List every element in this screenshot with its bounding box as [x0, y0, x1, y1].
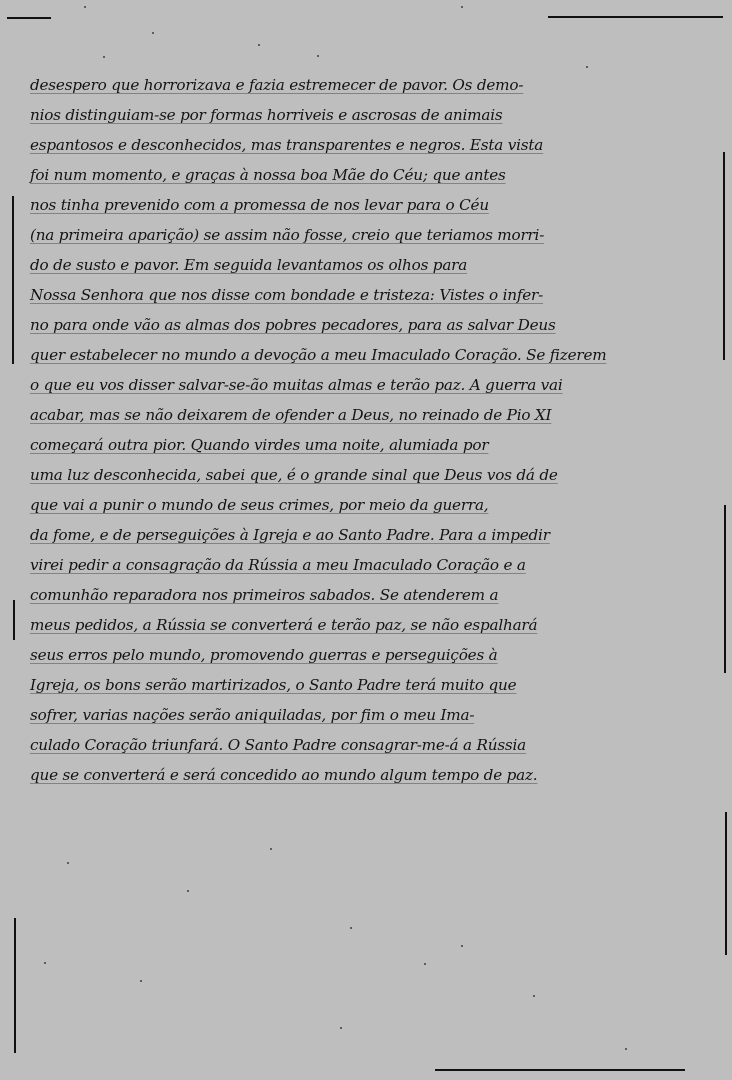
scan-speck	[424, 963, 426, 965]
manuscript-line: Nossa Senhora que nos disse com bondade …	[30, 280, 710, 310]
manuscript-line: (na primeira aparição) se assim não foss…	[30, 220, 710, 250]
scan-speck	[44, 962, 46, 964]
scan-speck	[270, 848, 272, 850]
manuscript-line: sofrer, varias nações serão aniquiladas,…	[30, 700, 710, 730]
manuscript-line: foi num momento, e graças à nossa boa Mã…	[30, 160, 710, 190]
left-margin-rule-bottom	[14, 918, 16, 1053]
scan-speck	[84, 6, 86, 8]
bottom-rule	[435, 1069, 685, 1071]
scan-speck	[461, 6, 463, 8]
top-right-rule	[548, 16, 723, 18]
manuscript-line: culado Coração triunfará. O Santo Padre …	[30, 730, 710, 760]
scan-speck	[103, 56, 105, 58]
manuscript-line: acabar, mas se não deixarem de ofender a…	[30, 400, 710, 430]
manuscript-line: da fome, e de perseguições à Igreja e ao…	[30, 520, 710, 550]
manuscript-line: começará outra pior. Quando virdes uma n…	[30, 430, 710, 460]
manuscript-line: desespero que horrorizava e fazia estrem…	[30, 70, 710, 100]
scan-speck	[67, 862, 69, 864]
scan-speck	[152, 32, 154, 34]
scan-speck	[187, 890, 189, 892]
manuscript-page: desespero que horrorizava e fazia estrem…	[0, 0, 732, 1080]
scan-speck	[340, 1027, 342, 1029]
left-margin-rule-lower	[13, 600, 15, 640]
scan-speck	[140, 980, 142, 982]
manuscript-line: nios distinguiam-se por formas horriveis…	[30, 100, 710, 130]
manuscript-line: Igreja, os bons serão martirizados, o Sa…	[30, 670, 710, 700]
left-margin-rule-upper	[12, 196, 14, 364]
scan-speck	[350, 927, 352, 929]
manuscript-line: nos tinha prevenido com a promessa de no…	[30, 190, 710, 220]
manuscript-line: uma luz desconhecida, sabei que, é o gra…	[30, 460, 710, 490]
right-margin-rule-upper	[723, 152, 725, 360]
scan-speck	[461, 945, 463, 947]
manuscript-line: quer estabelecer no mundo a devoção a me…	[30, 340, 710, 370]
scan-speck	[317, 55, 319, 57]
manuscript-line: o que eu vos disser salvar-se-ão muitas …	[30, 370, 710, 400]
manuscript-text: desespero que horrorizava e fazia estrem…	[30, 70, 710, 790]
manuscript-line: meus pedidos, a Rússia se converterá e t…	[30, 610, 710, 640]
scan-speck	[533, 995, 535, 997]
manuscript-line: que vai a punir o mundo de seus crimes, …	[30, 490, 710, 520]
right-margin-rule-lower	[725, 812, 727, 955]
manuscript-line: do de susto e pavor. Em seguida levantam…	[30, 250, 710, 280]
scan-speck	[625, 1048, 627, 1050]
manuscript-line: comunhão reparadora nos primeiros sabado…	[30, 580, 710, 610]
manuscript-line: seus erros pelo mundo, promovendo guerra…	[30, 640, 710, 670]
manuscript-line: que se converterá e será concedido ao mu…	[30, 760, 710, 790]
right-margin-rule-middle	[724, 505, 726, 673]
top-left-rule	[7, 17, 51, 19]
manuscript-line: no para onde vão as almas dos pobres pec…	[30, 310, 710, 340]
manuscript-line: espantosos e desconhecidos, mas transpar…	[30, 130, 710, 160]
scan-speck	[586, 66, 588, 68]
manuscript-line: virei pedir a consagração da Rússia a me…	[30, 550, 710, 580]
scan-speck	[258, 44, 260, 46]
